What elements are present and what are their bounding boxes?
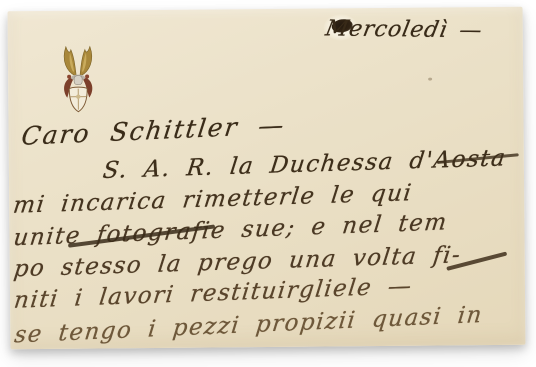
body-line: S. A. R. la Duchessa d'Aosta — [101, 145, 508, 184]
heraldic-crest-icon — [56, 43, 101, 115]
letter-card: Mercoledì — Caro Schittler — S. A. R. la… — [8, 7, 526, 349]
photo-background: Mercoledì — Caro Schittler — S. A. R. la… — [0, 0, 536, 367]
paper-speck — [428, 78, 432, 81]
date-line: Mercoledì — — [323, 16, 528, 43]
salutation-line: Caro Schittler — — [20, 110, 288, 151]
